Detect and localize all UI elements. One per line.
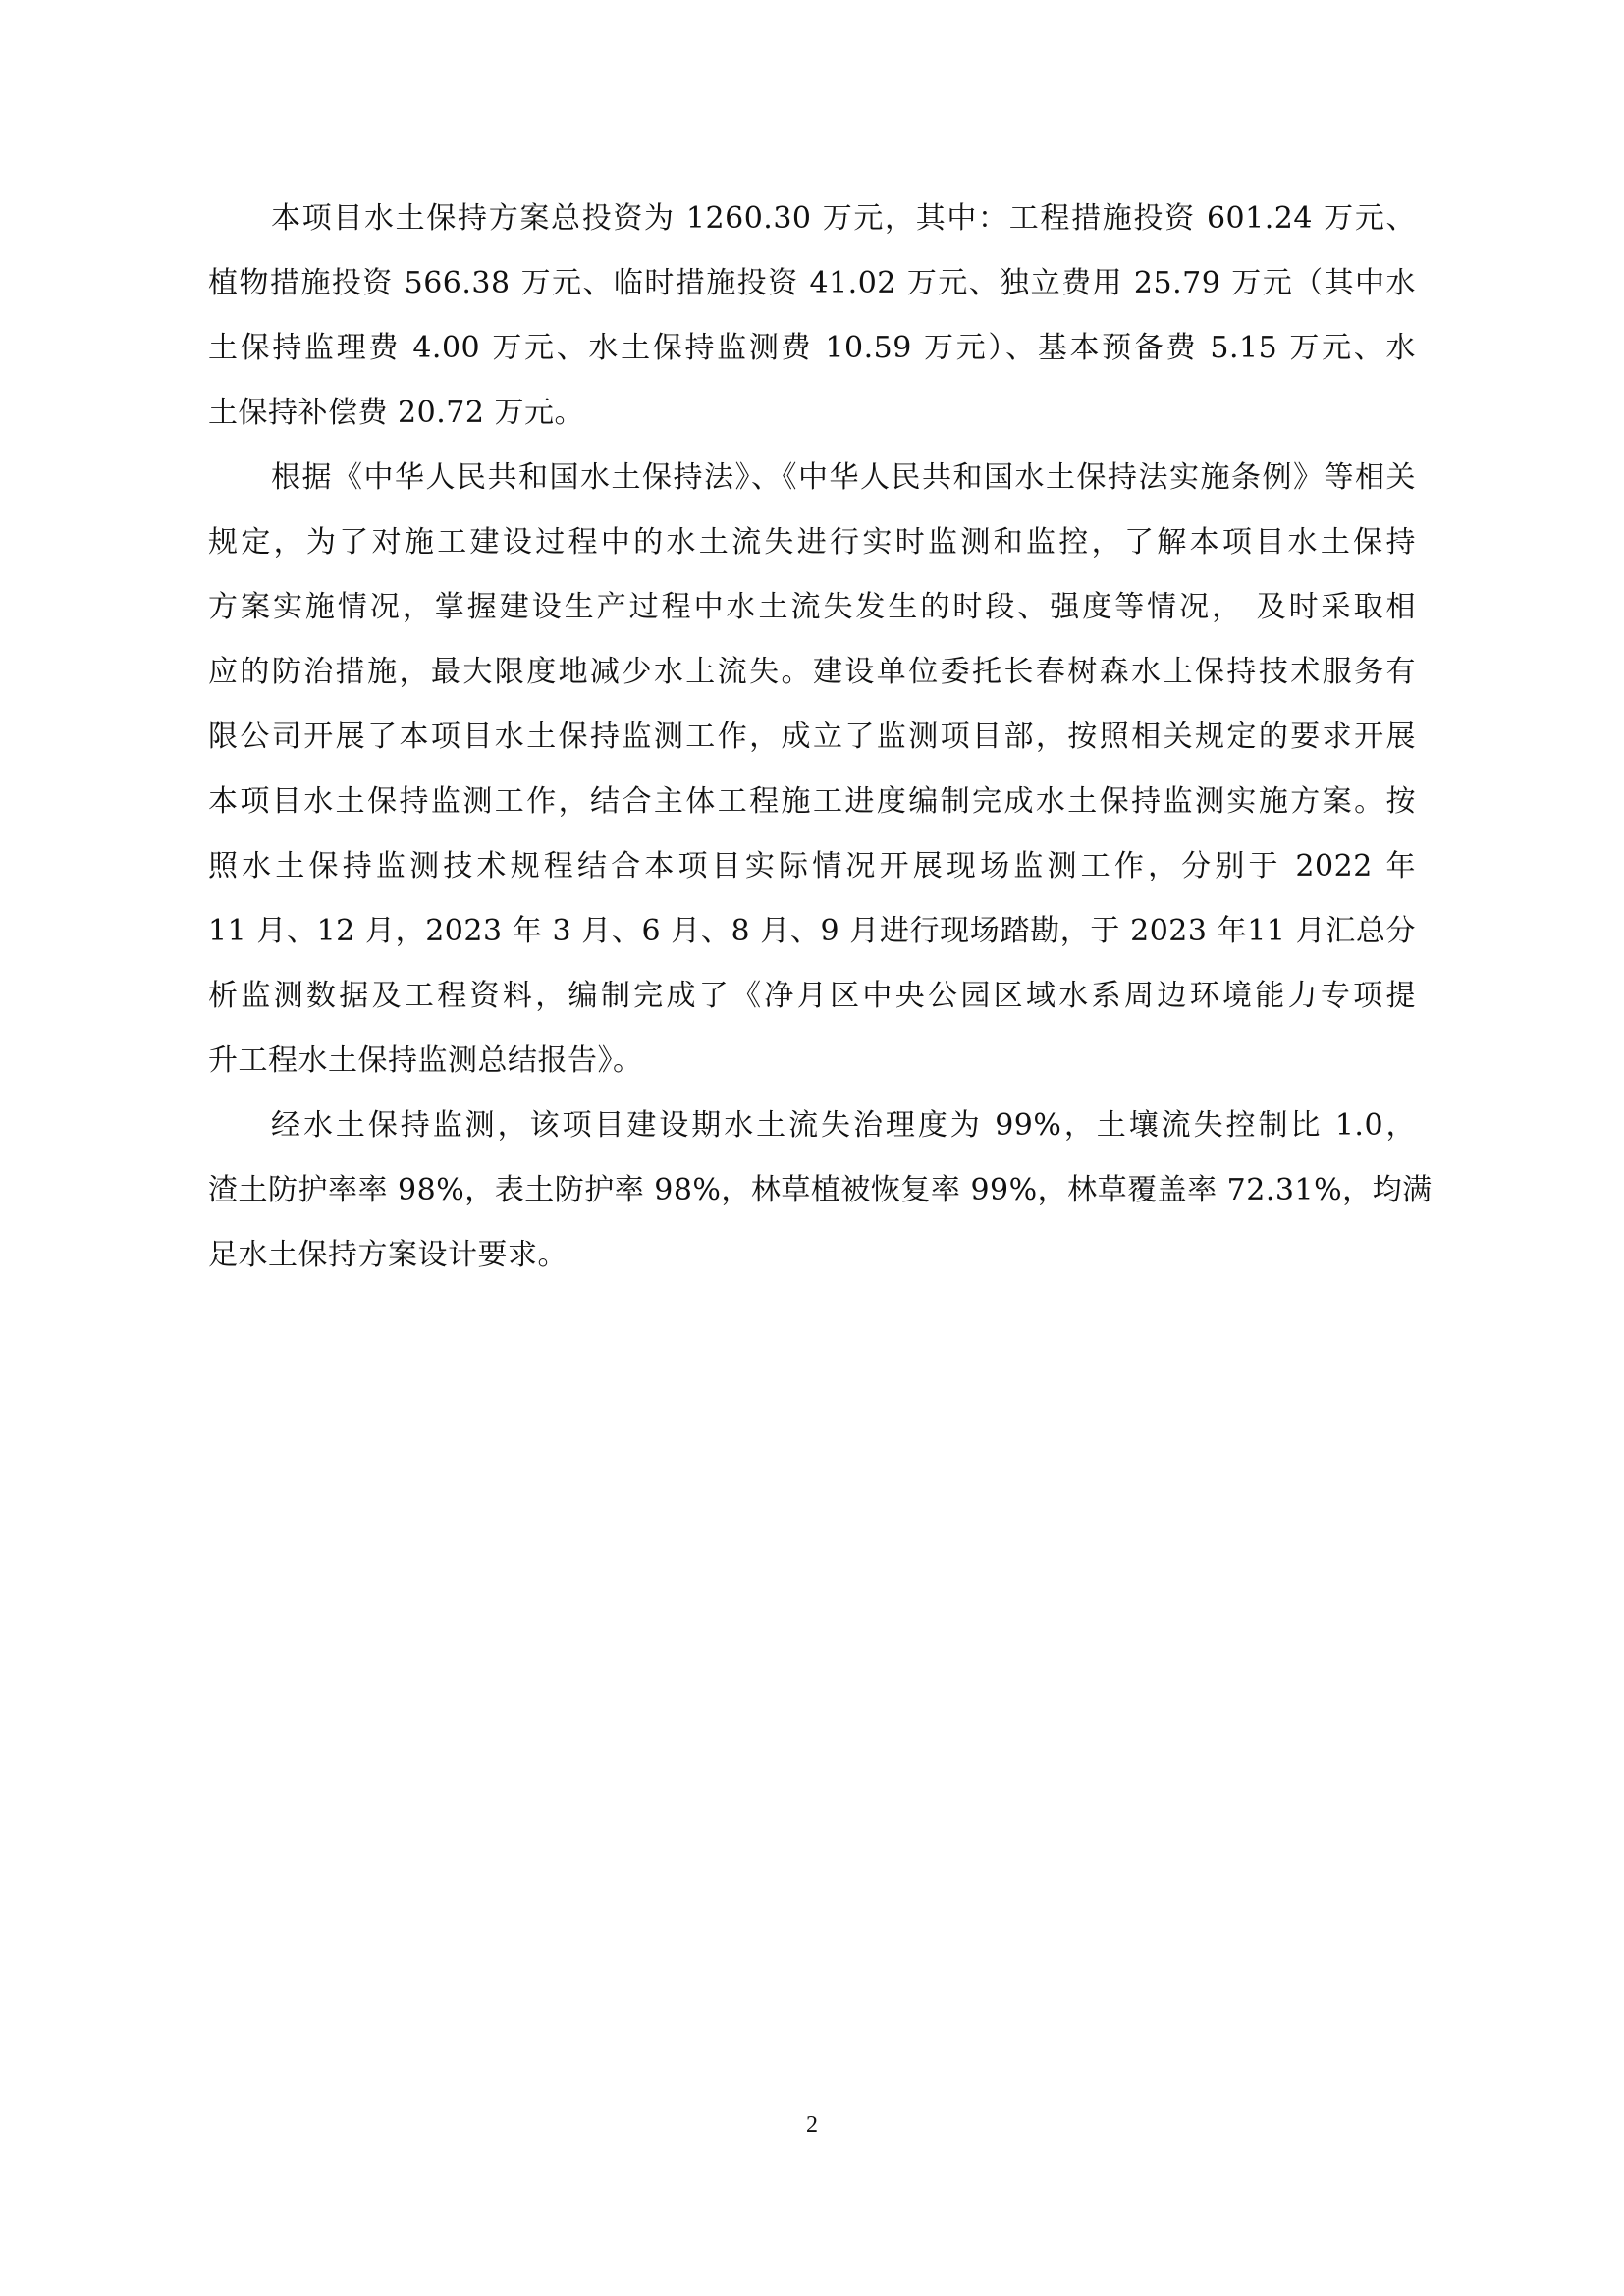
paragraph-investment: 本项目水土保持方案总投资为 1260.30 万元，其中：工程措施投资 601.2… bbox=[208, 187, 1416, 446]
text-line: 足水土保持方案设计要求。 bbox=[208, 1223, 1416, 1288]
text-line: 照水土保持监测技术规程结合本项目实际情况开展现场监测工作，分别于 2022 年 bbox=[208, 834, 1416, 899]
paragraph-monitoring-background: 根据《中华人民共和国水土保持法》、《中华人民共和国水土保持法实施条例》等相关 规… bbox=[208, 446, 1416, 1094]
text-line: 土保持监理费 4.00 万元、水土保持监测费 10.59 万元）、基本预备费 5… bbox=[208, 316, 1416, 381]
text-line: 方案实施情况，掌握建设生产过程中水土流失发生的时段、强度等情况， 及时采取相 bbox=[208, 575, 1416, 640]
text-line: 应的防治措施，最大限度地减少水土流失。建设单位委托长春树森水土保持技术服务有 bbox=[208, 640, 1416, 705]
text-line: 根据《中华人民共和国水土保持法》、《中华人民共和国水土保持法实施条例》等相关 bbox=[208, 446, 1416, 510]
text-line: 本项目水土保持方案总投资为 1260.30 万元，其中：工程措施投资 601.2… bbox=[208, 187, 1416, 251]
paragraph-monitoring-results: 经水土保持监测，该项目建设期水土流失治理度为 99%，土壤流失控制比 1.0， … bbox=[208, 1094, 1416, 1288]
text-line: 升工程水土保持监测总结报告》。 bbox=[208, 1029, 1416, 1094]
document-body: 本项目水土保持方案总投资为 1260.30 万元，其中：工程措施投资 601.2… bbox=[208, 187, 1416, 1288]
document-page: 本项目水土保持方案总投资为 1260.30 万元，其中：工程措施投资 601.2… bbox=[0, 0, 1624, 2296]
text-line: 本项目水土保持监测工作，结合主体工程施工进度编制完成水土保持监测实施方案。按 bbox=[208, 770, 1416, 834]
text-line: 土保持补偿费 20.72 万元。 bbox=[208, 381, 1416, 446]
text-line: 限公司开展了本项目水土保持监测工作，成立了监测项目部，按照相关规定的要求开展 bbox=[208, 705, 1416, 770]
text-line: 析监测数据及工程资料，编制完成了《净月区中央公园区域水系周边环境能力专项提 bbox=[208, 964, 1416, 1029]
text-line: 11 月、12 月，2023 年 3 月、6 月、8 月、9 月进行现场踏勘，于… bbox=[208, 899, 1416, 964]
text-line: 规定，为了对施工建设过程中的水土流失进行实时监测和监控，了解本项目水土保持 bbox=[208, 510, 1416, 575]
page-number: 2 bbox=[0, 2112, 1624, 2139]
text-line: 植物措施投资 566.38 万元、临时措施投资 41.02 万元、独立费用 25… bbox=[208, 251, 1416, 316]
text-line: 经水土保持监测，该项目建设期水土流失治理度为 99%，土壤流失控制比 1.0， bbox=[208, 1094, 1416, 1158]
text-line: 渣土防护率率 98%，表土防护率 98%，林草植被恢复率 99%，林草覆盖率 7… bbox=[208, 1158, 1416, 1223]
